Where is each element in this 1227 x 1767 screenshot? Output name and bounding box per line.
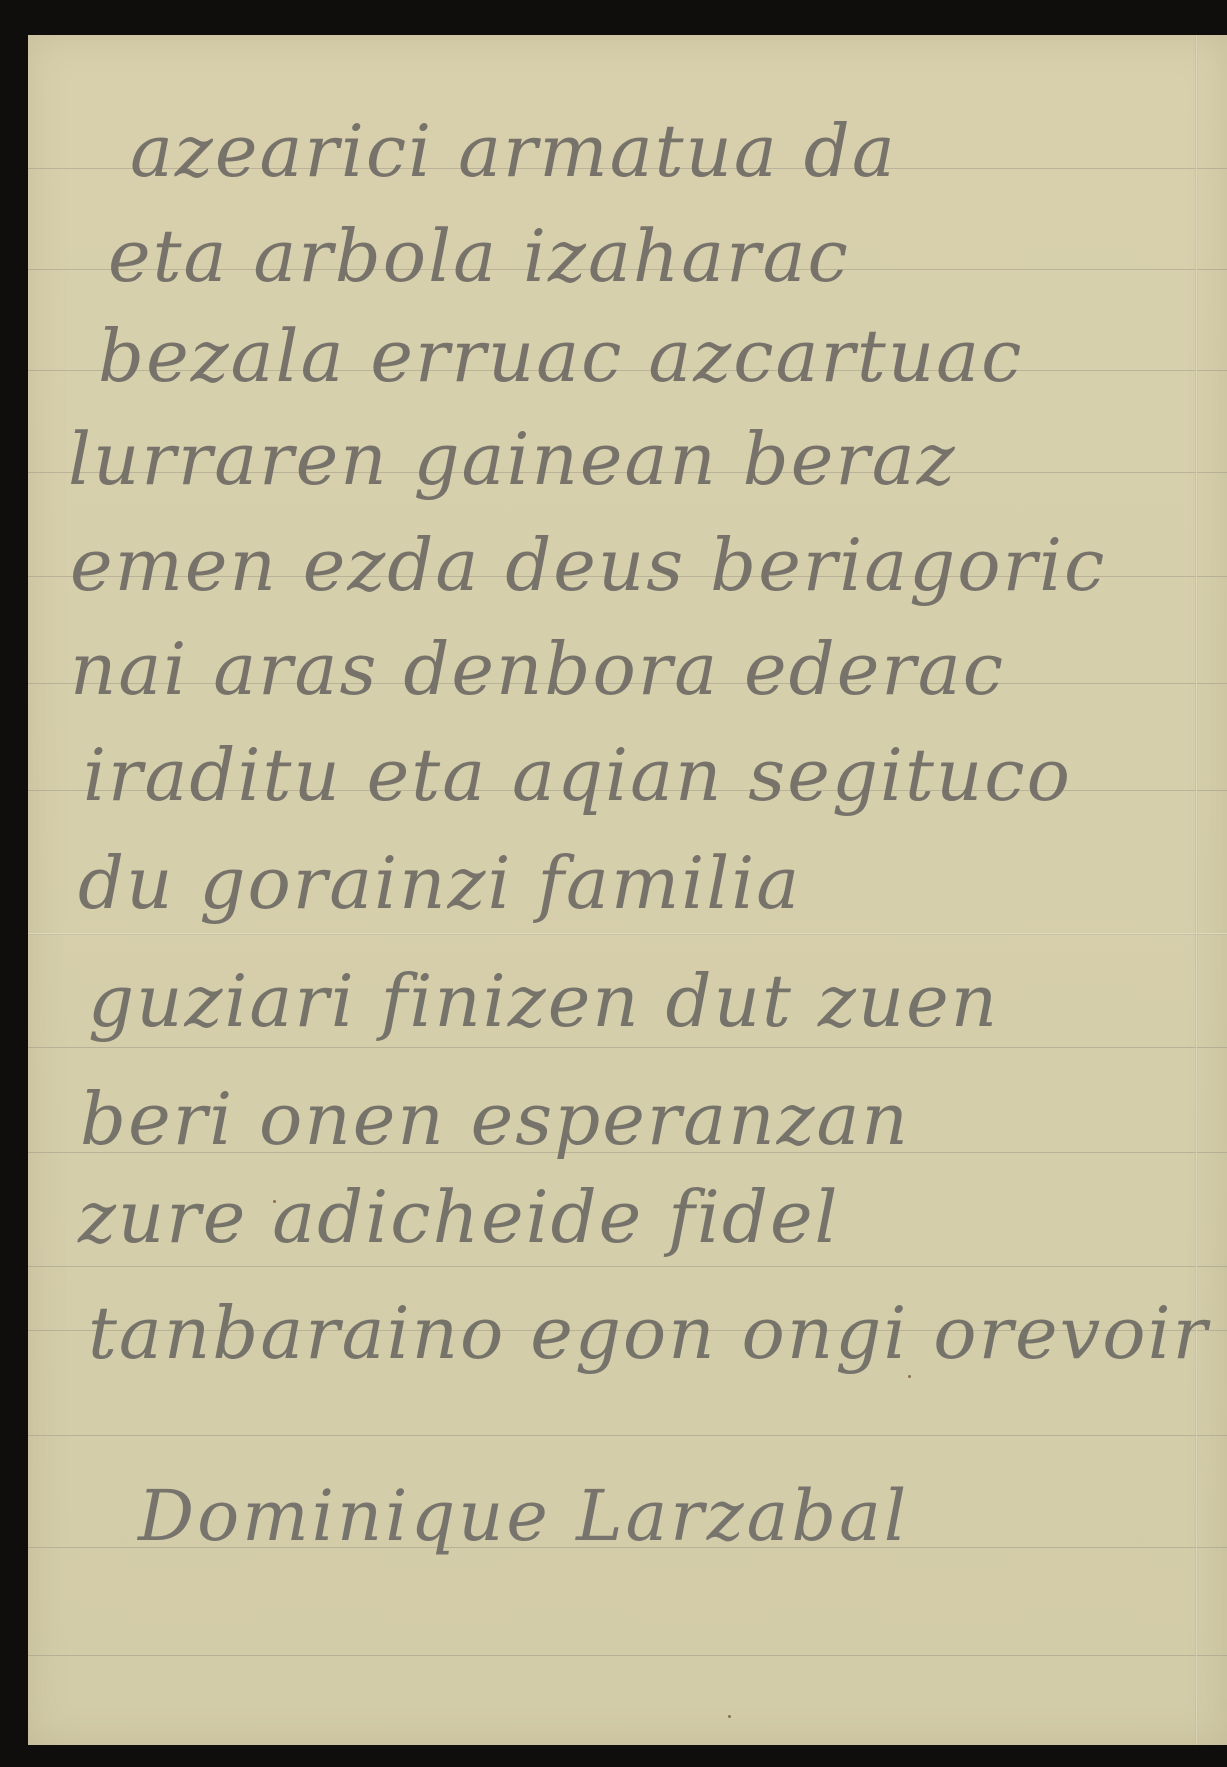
letter-paper: azearici armatua da eta arbola izaharac … <box>28 35 1227 1745</box>
text-line-8: du gorainzi familia <box>78 847 1187 919</box>
vertical-fold <box>1195 35 1198 1745</box>
paper-speck <box>728 1715 731 1718</box>
ruled-line <box>28 1266 1227 1267</box>
paper-speck <box>273 1200 276 1203</box>
text-line-7: iraditu eta aqian segituco <box>83 739 1187 811</box>
text-line-11: zure adicheide fidel <box>78 1181 1187 1253</box>
ruled-line <box>28 1047 1227 1048</box>
text-line-9: guziari finizen dut zuen <box>88 965 1187 1037</box>
text-line-1: azearici armatua da <box>130 115 1187 187</box>
horizontal-fold <box>28 933 1227 935</box>
text-line-5: emen ezda deus beriagoric <box>70 529 1187 601</box>
ruled-line <box>28 1435 1227 1436</box>
text-line-4: lurraren gainean beraz <box>68 423 1187 495</box>
ruled-line <box>28 1655 1227 1656</box>
paper-speck <box>908 1375 911 1378</box>
text-line-10: beri onen esperanzan <box>80 1083 1187 1155</box>
text-line-6: nai aras denbora ederac <box>70 633 1187 705</box>
text-line-2: eta arbola izaharac <box>108 220 1187 292</box>
text-line-3: bezala erruac azcartuac <box>98 320 1187 392</box>
signature: Dominique Larzabal <box>138 1475 909 1557</box>
text-line-12: tanbaraino egon ongi orevoir <box>88 1297 1187 1369</box>
